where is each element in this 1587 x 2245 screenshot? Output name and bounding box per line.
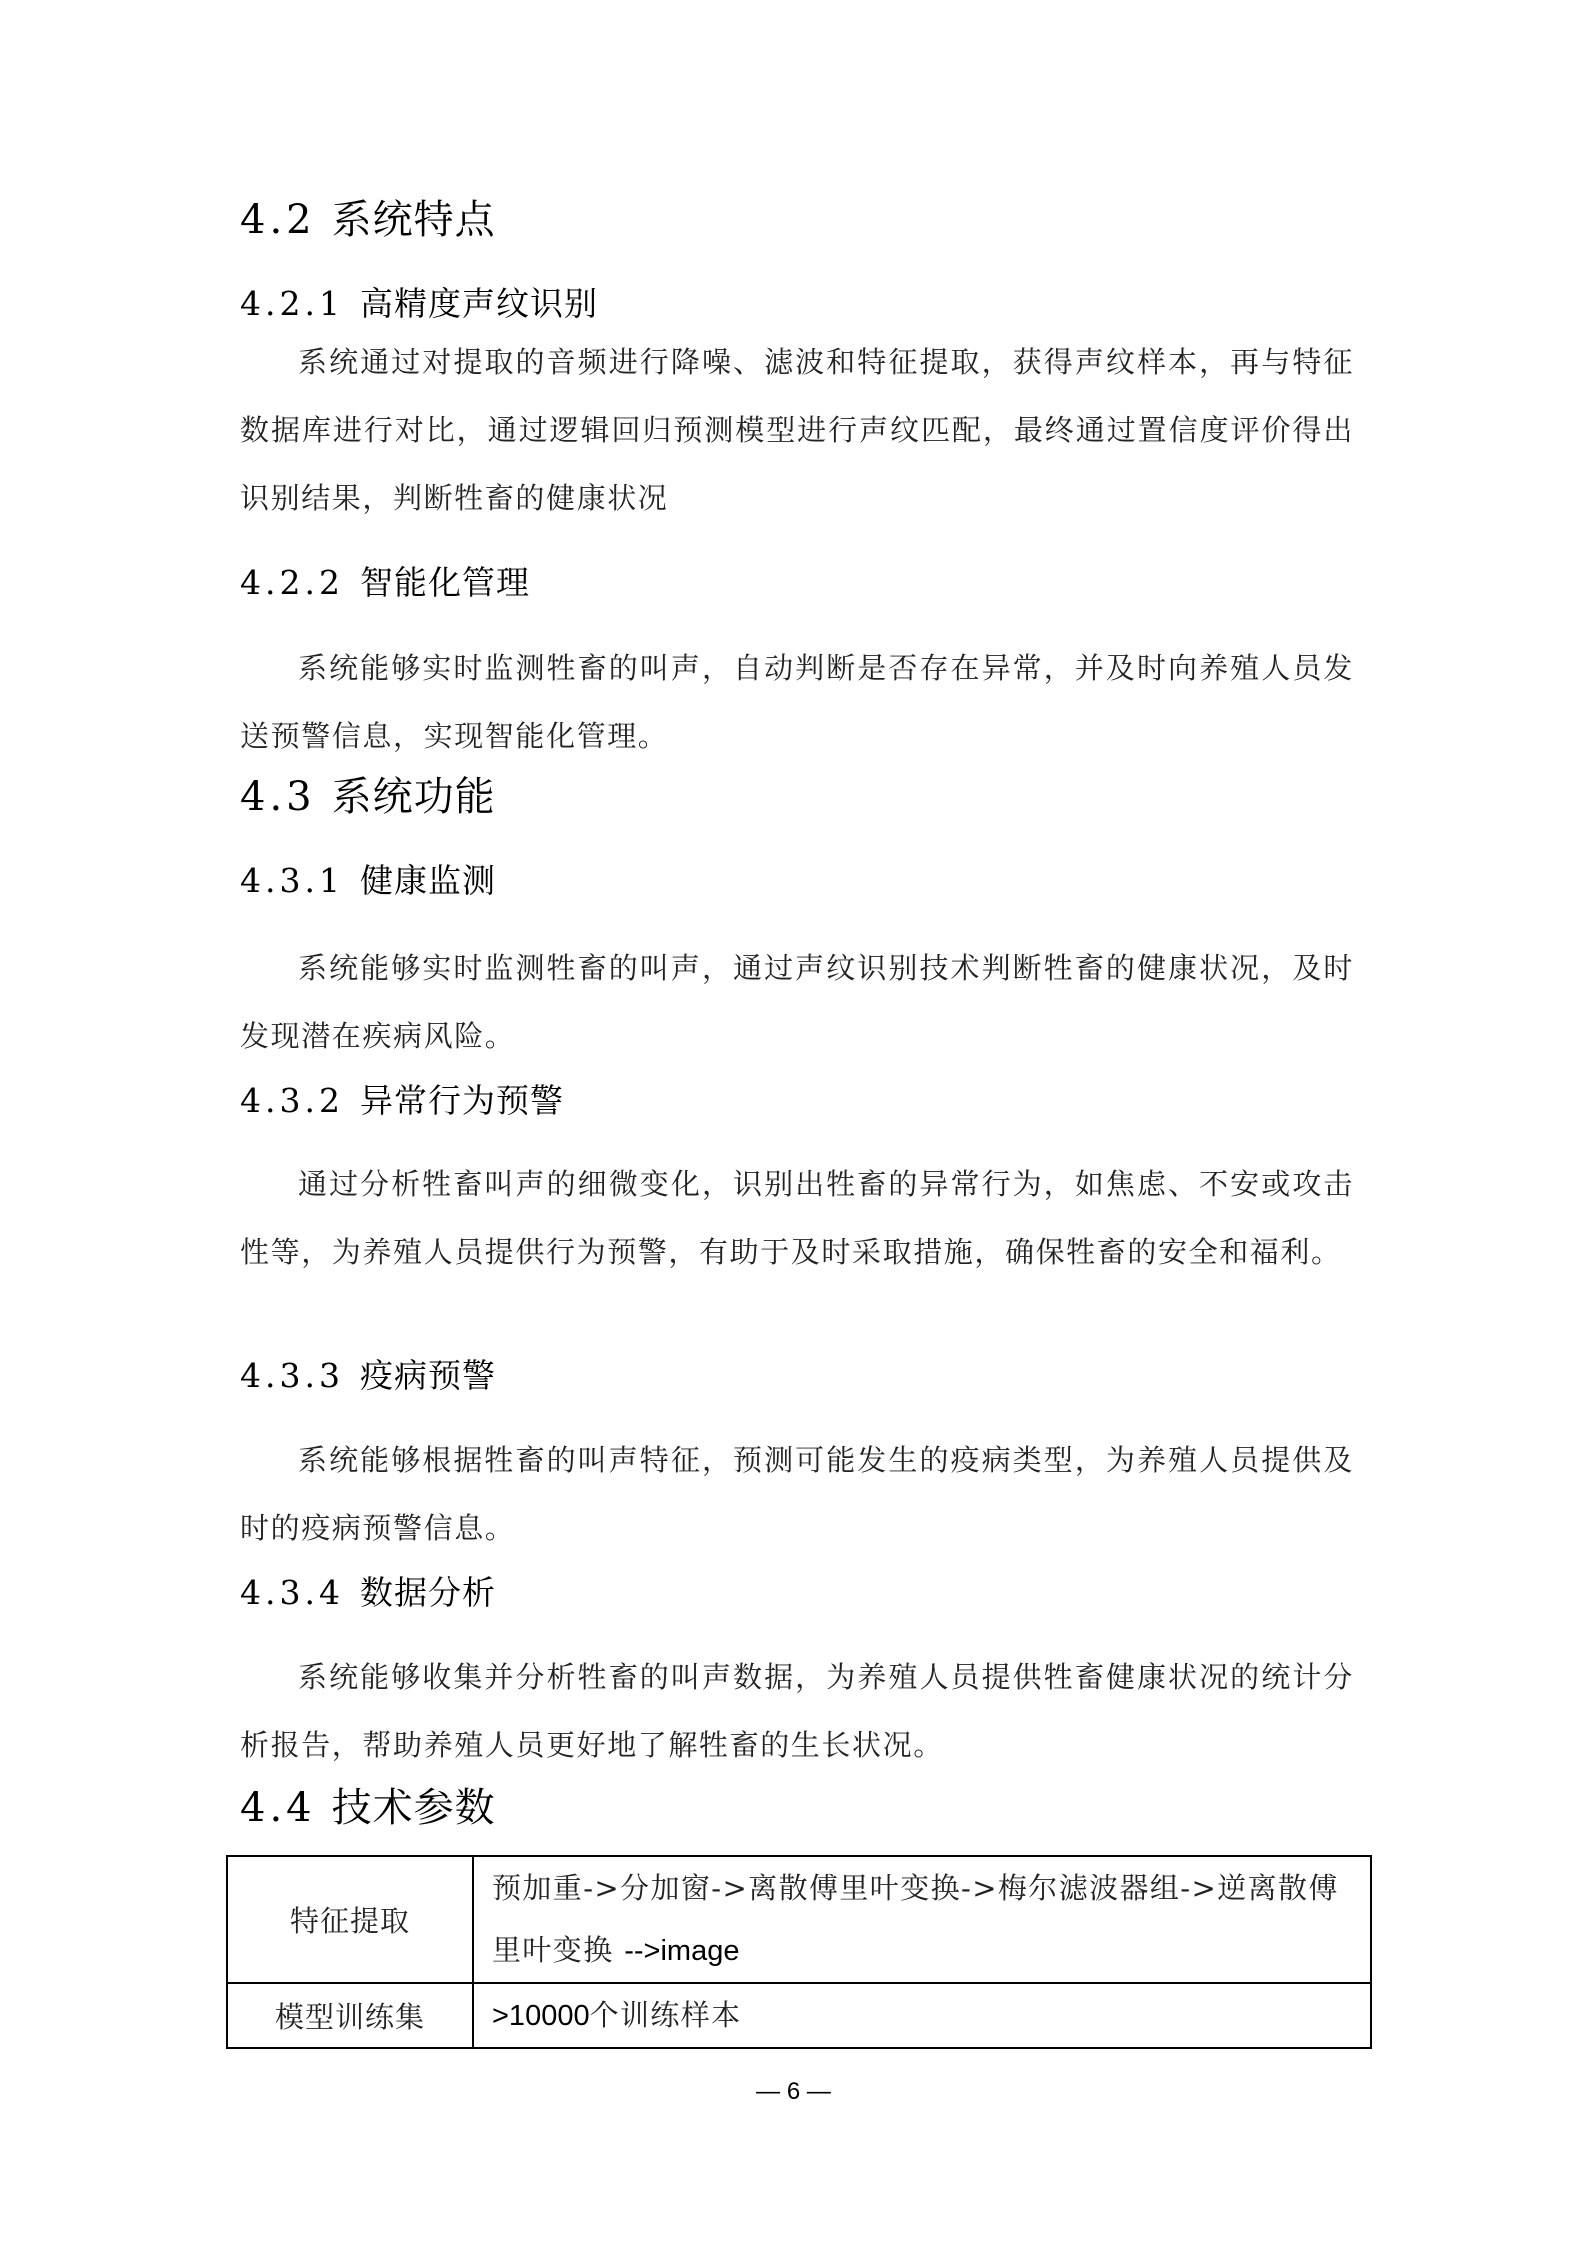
value-line: 里叶变换 -->image xyxy=(492,1919,1360,1982)
table-cell-label: 模型训练集 xyxy=(227,1983,473,2048)
paragraph-4-3-4: 系统能够收集并分析牲畜的叫声数据，为养殖人员提供牲畜健康状况的统计分析报告，帮助… xyxy=(240,1643,1354,1779)
subsection-title: 健康监测 xyxy=(360,861,496,900)
value-line: 预加重->分加窗->离散傅里叶变换->梅尔滤波器组->逆离散傅 xyxy=(492,1857,1360,1919)
paragraph-4-3-3: 系统能够根据牲畜的叫声特征，预测可能发生的疫病类型，为养殖人员提供及时的疫病预警… xyxy=(240,1426,1354,1562)
section-title: 系统功能 xyxy=(332,774,496,820)
value-text: 里叶变换 xyxy=(492,1933,624,1967)
subsection-title: 异常行为预警 xyxy=(360,1081,564,1120)
subsection-heading-4-3-2: 4.3.2异常行为预警 xyxy=(240,1081,564,1121)
paragraph-4-3-2: 通过分析牲畜叫声的细微变化，识别出牲畜的异常行为，如焦虑、不安或攻击性等，为养殖… xyxy=(240,1150,1354,1286)
table-row: 特征提取 预加重->分加窗->离散傅里叶变换->梅尔滤波器组->逆离散傅 里叶变… xyxy=(227,1856,1371,1983)
section-number: 4.4 xyxy=(240,1785,316,1831)
section-heading-4-4: 4.4技术参数 xyxy=(240,1784,496,1832)
section-title: 系统特点 xyxy=(332,197,496,243)
table-row: 模型训练集 >10000个训练样本 xyxy=(227,1983,1371,2048)
section-heading-4-3: 4.3系统功能 xyxy=(240,773,496,821)
paragraph-4-3-1: 系统能够实时监测牲畜的叫声，通过声纹识别技术判断牲畜的健康状况，及时发现潜在疾病… xyxy=(240,934,1354,1070)
subsection-number: 4.3.1 xyxy=(240,861,344,900)
subsection-number: 4.3.2 xyxy=(240,1081,344,1120)
value-number: >10000 xyxy=(492,2000,590,2032)
subsection-title: 高精度声纹识别 xyxy=(360,284,598,323)
subsection-number: 4.2.1 xyxy=(240,284,344,323)
page-number: — 6 — xyxy=(0,2078,1587,2106)
value-text: -->image xyxy=(624,1935,739,1967)
subsection-heading-4-3-1: 4.3.1健康监测 xyxy=(240,861,496,901)
table-cell-label: 特征提取 xyxy=(227,1856,473,1983)
subsection-heading-4-2-2: 4.2.2智能化管理 xyxy=(240,563,530,603)
table-cell-value: >10000个训练样本 xyxy=(473,1983,1371,2048)
subsection-title: 疫病预警 xyxy=(360,1356,496,1395)
paragraph-4-2-1: 系统通过对提取的音频进行降噪、滤波和特征提取，获得声纹样本，再与特征数据库进行对… xyxy=(240,328,1354,532)
subsection-number: 4.2.2 xyxy=(240,563,344,602)
subsection-title: 数据分析 xyxy=(360,1573,496,1612)
table-cell-value: 预加重->分加窗->离散傅里叶变换->梅尔滤波器组->逆离散傅 里叶变换 -->… xyxy=(473,1856,1371,1983)
section-number: 4.2 xyxy=(240,197,316,243)
section-title: 技术参数 xyxy=(332,1785,496,1831)
technical-parameters-table: 特征提取 预加重->分加窗->离散傅里叶变换->梅尔滤波器组->逆离散傅 里叶变… xyxy=(226,1855,1372,2049)
section-heading-4-2: 4.2系统特点 xyxy=(240,196,496,244)
subsection-heading-4-3-4: 4.3.4数据分析 xyxy=(240,1573,496,1613)
subsection-heading-4-2-1: 4.2.1高精度声纹识别 xyxy=(240,284,598,324)
document-page: 4.2系统特点 4.2.1高精度声纹识别 系统通过对提取的音频进行降噪、滤波和特… xyxy=(0,0,1587,2245)
subsection-number: 4.3.3 xyxy=(240,1356,344,1395)
subsection-title: 智能化管理 xyxy=(360,563,530,602)
paragraph-4-2-2: 系统能够实时监测牲畜的叫声，自动判断是否存在异常，并及时向养殖人员发送预警信息，… xyxy=(240,634,1354,770)
subsection-number: 4.3.4 xyxy=(240,1573,344,1612)
section-number: 4.3 xyxy=(240,774,316,820)
subsection-heading-4-3-3: 4.3.3疫病预警 xyxy=(240,1356,496,1396)
value-text: 个训练样本 xyxy=(590,1998,742,2032)
